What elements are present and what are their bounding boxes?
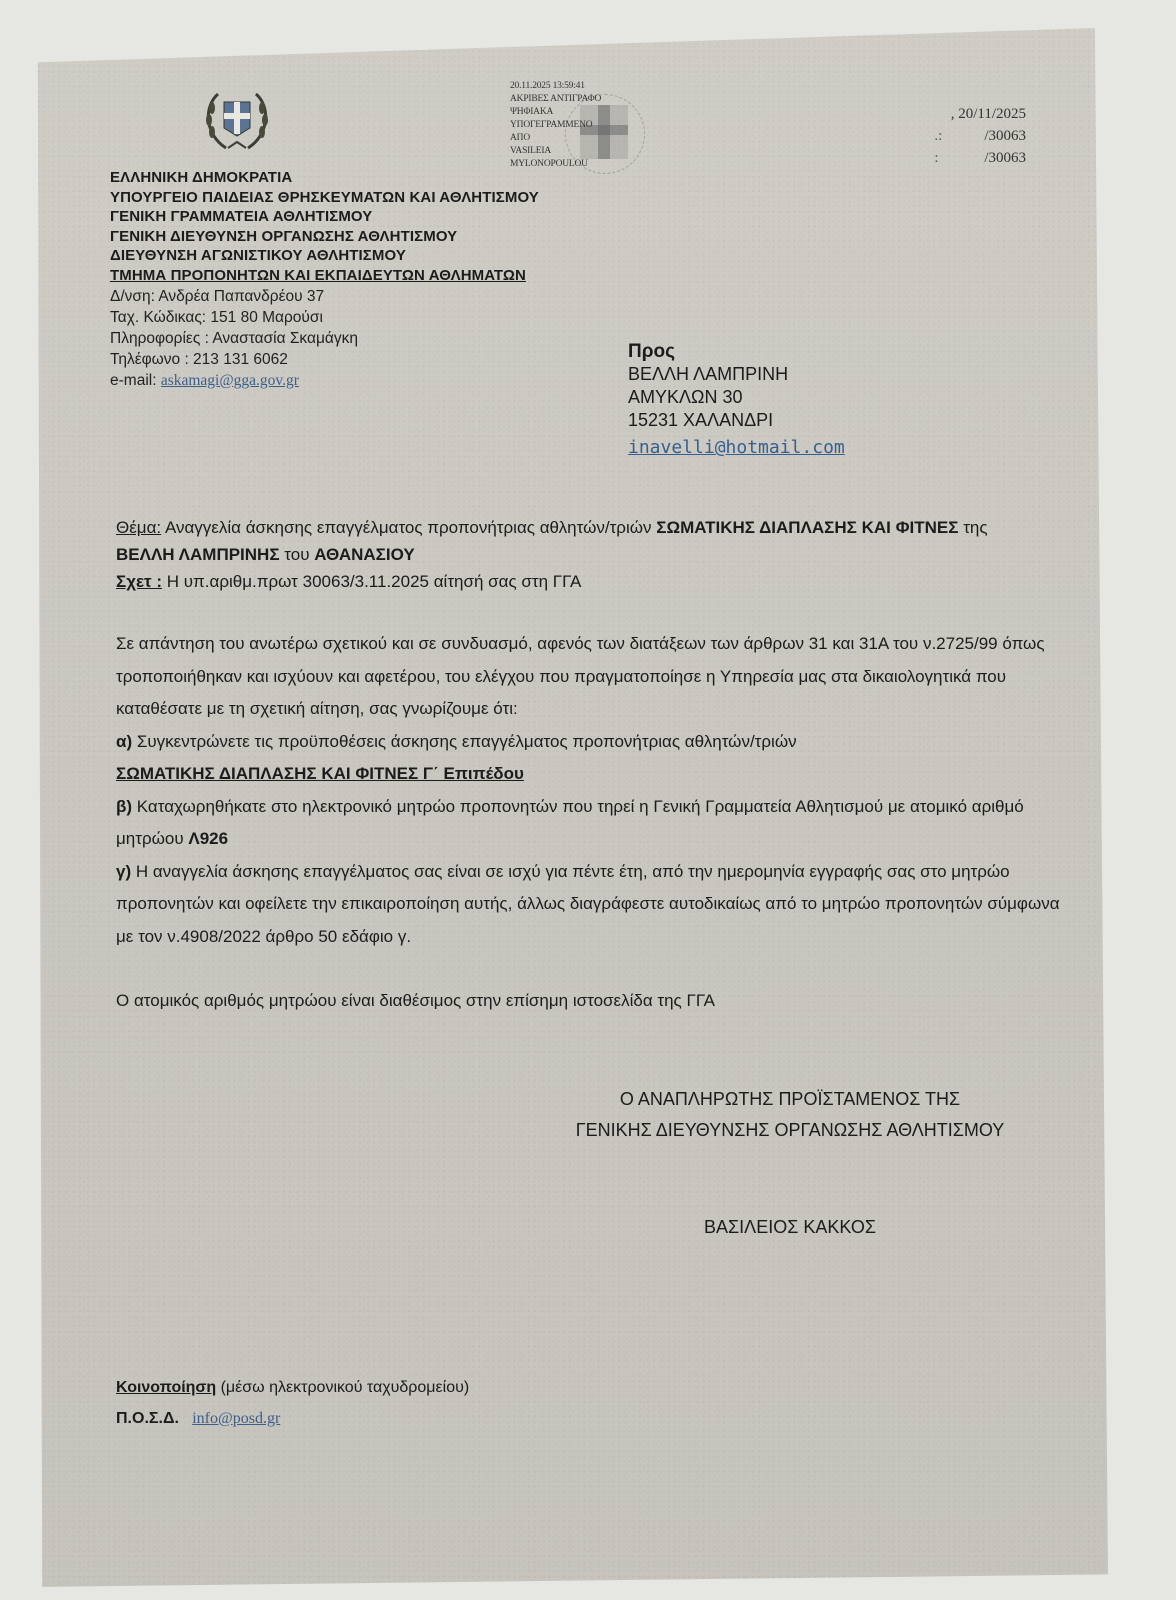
stamp-line: 20.11.2025 13:59:41 [510,80,640,93]
subject-line: Θέμα: Αναγγελία άσκησης επαγγέλματος προ… [116,514,1016,568]
letter-body: Σε απάντηση του ανωτέρω σχετικού και σε … [116,628,1076,1018]
signatory-title: Ο ΑΝΑΠΛΗΡΩΤΗΣ ΠΡΟΪΣΤΑΜΕΝΟΣ ΤΗΣ [520,1084,1060,1115]
org-line: ΓΕΝΙΚΗ ΔΙΕΥΘΥΝΣΗ ΟΡΓΑΝΩΣΗΣ ΑΘΛΗΤΙΣΜΟΥ [110,227,539,247]
signatory-title: ΓΕΝΙΚΗΣ ΔΙΕΥΘΥΝΣΗΣ ΟΡΓΑΝΩΣΗΣ ΑΘΛΗΤΙΣΜΟΥ [520,1115,1060,1146]
item-text: Συγκεντρώνετε τις προϋποθέσεις άσκησης ε… [132,732,796,751]
item-a: α) Συγκεντρώνετε τις προϋποθέσεις άσκηση… [116,726,1076,759]
protocol-number: /30063 [984,150,1026,166]
related-line: Σχετ : Η υπ.αριθμ.πρωτ 30063/3.11.2025 α… [116,568,1016,595]
recipient-street: ΑΜΥΚΛΩΝ 30 [628,386,845,409]
sender-phone: Τηλέφωνο : 213 131 6062 [110,349,358,370]
ref-label: : [934,147,984,169]
subject-block: Θέμα: Αναγγελία άσκησης επαγγέλματος προ… [116,514,1016,595]
org-line: ΤΜΗΜΑ ΠΡΟΠΟΝΗΤΩΝ ΚΑΙ ΕΚΠΑΙΔΕΥΤΩΝ ΑΘΛΗΜΑΤ… [110,266,539,286]
org-line: ΔΙΕΥΘΥΝΣΗ ΑΓΩΝΙΣΤΙΚΟΥ ΑΘΛΗΤΙΣΜΟΥ [110,246,539,266]
closing-paragraph: Ο ατομικός αριθμός μητρώου είναι διαθέσι… [116,985,1076,1018]
signature-block: Ο ΑΝΑΠΛΗΡΩΤΗΣ ΠΡΟΪΣΤΑΜΕΝΟΣ ΤΗΣ ΓΕΝΙΚΗΣ Δ… [520,1084,1060,1243]
item-marker: γ) [116,862,131,881]
sender-email-link[interactable]: askamagi@gga.gov.gr [161,372,299,389]
recipient-label: Προς [628,340,845,363]
item-marker: α) [116,732,132,751]
stamp-line: ΑΚΡΙΒΕΣ ΑΝΤΙΓΡΑΦΟ [510,93,640,106]
org-line: ΥΠΟΥΡΓΕΙΟ ΠΑΙΔΕΙΑΣ ΘΡΗΣΚΕΥΜΑΤΩΝ ΚΑΙ ΑΘΛΗ… [110,188,539,208]
item-b: β) Καταχωρηθήκατε στο ηλεκτρονικό μητρώο… [116,791,1076,856]
subject-text: Αναγγελία άσκησης επαγγέλματος προπονήτρ… [161,518,656,537]
email-label: e-mail: [110,372,161,389]
sender-info: Πληροφορίες : Αναστασία Σκαμάγκη [110,328,358,349]
sender-organization: ΕΛΛΗΝΙΚΗ ΔΗΜΟΚΡΑΤΙΑ ΥΠΟΥΡΓΕΙΟ ΠΑΙΔΕΙΑΣ Θ… [110,168,539,285]
subject-text: της [958,518,987,537]
protocol-number: /30063 [984,128,1026,144]
sender-contact: Δ/νση: Ανδρέα Παπανδρέου 37 Ταχ. Κώδικας… [110,286,358,391]
related-text: Η υπ.αριθμ.πρωτ 30063/3.11.2025 αίτησή σ… [162,572,581,591]
stamp-line: ΑΠΟ [510,132,640,145]
item-text: Η αναγγελία άσκησης επαγγέλματος σας είν… [116,862,1060,946]
reference-block: , 20/11/2025 .:/30063 :/30063 [934,103,1026,169]
item-c: γ) Η αναγγελία άσκησης επαγγέλματος σας … [116,856,1076,954]
item-a-specialty: ΣΩΜΑΤΙΚΗΣ ΔΙΑΠΛΑΣΗΣ ΚΑΙ ΦΙΤΝΕΣ Γ΄ Επιπέδ… [116,758,1076,791]
sender-postal: Ταχ. Κώδικας: 151 80 Μαρούσι [110,307,358,328]
subject-person: ΒΕΛΛΗ ΛΑΜΠΡΙΝΗΣ [116,545,280,564]
intro-paragraph: Σε απάντηση του ανωτέρω σχετικού και σε … [116,628,1076,726]
cc-email-link[interactable]: info@posd.gr [192,1410,280,1427]
stamp-line: ΨΗΦΙΑΚΑ [510,106,640,119]
greek-coat-of-arms-icon [200,86,274,156]
recipient-email-link[interactable]: inavelli@hotmail.com [628,436,845,459]
org-line: ΕΛΛΗΝΙΚΗ ΔΗΜΟΚΡΑΤΙΑ [110,168,539,188]
cc-block: Κοινοποίηση (μέσω ηλεκτρονικού ταχυδρομε… [116,1372,469,1434]
subject-father-name: ΑΘΑΝΑΣΙΟΥ [314,545,414,564]
subject-specialty: ΣΩΜΑΤΙΚΗΣ ΔΙΑΠΛΑΣΗΣ ΚΑΙ ΦΙΤΝΕΣ [656,518,958,537]
digital-signature-stamp: 20.11.2025 13:59:41 ΑΚΡΙΒΕΣ ΑΝΤΙΓΡΑΦΟ ΨΗ… [510,80,640,185]
recipient-name: ΒΕΛΛΗ ΛΑΜΠΡΙΝΗ [628,363,845,386]
document-date: , 20/11/2025 [934,103,1026,125]
subject-label: Θέμα: [116,518,161,537]
item-text: Καταχωρηθήκατε στο ηλεκτρονικό μητρώο πρ… [116,797,1024,849]
signatory-name: ΒΑΣΙΛΕΙΟΣ ΚΑΚΚΟΣ [520,1212,1060,1243]
stamp-line: ΥΠΟΓΕΓΡΑΜΜΕΝΟ [510,119,640,132]
subject-text: του [280,545,315,564]
cc-label: Κοινοποίηση [116,1379,216,1396]
cc-note: (μέσω ηλεκτρονικού ταχυδρομείου) [216,1379,469,1396]
sender-address: Δ/νση: Ανδρέα Παπανδρέου 37 [110,286,358,307]
stamp-line: MYLONOPOULOU [510,158,640,171]
org-line: ΓΕΝΙΚΗ ΓΡΑΜΜΑΤΕΙΑ ΑΘΛΗΤΙΣΜΟΥ [110,207,539,227]
recipient-block: Προς ΒΕΛΛΗ ΛΑΜΠΡΙΝΗ ΑΜΥΚΛΩΝ 30 15231 ΧΑΛ… [628,340,845,459]
recipient-city: 15231 ΧΑΛΑΝΔΡΙ [628,409,845,432]
related-label: Σχετ : [116,572,162,591]
registry-number: Λ926 [188,829,228,848]
stamp-line: VASILEIA [510,145,640,158]
cc-org: Π.Ο.Σ.Δ. [116,1410,179,1427]
ref-label: .: [934,125,984,147]
item-marker: β) [116,797,132,816]
